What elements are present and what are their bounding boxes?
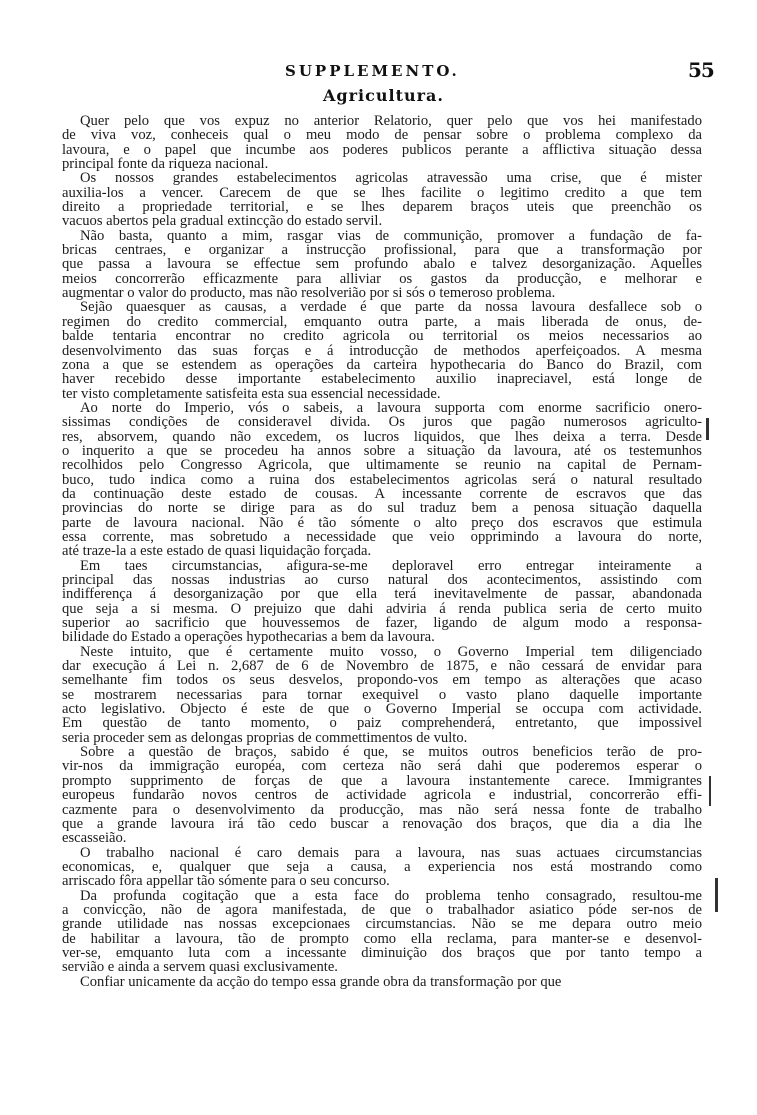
paragraph: Quer pelo que vos expuz no anterior Rela…: [62, 114, 702, 171]
text-line: balde tentaria encontrar no credito agri…: [62, 329, 702, 343]
text-line: grande utilidade nas nossas excepcionaes…: [62, 917, 702, 931]
text-line: essa corrente, mas sobretudo a necessida…: [62, 530, 702, 544]
text-line: ver-se, emquanto luta com a incessante d…: [62, 946, 702, 960]
paragraph: Da profunda cogitação que a esta face do…: [62, 889, 702, 975]
text-line: que a grande lavoura irá tão cedo buscar…: [62, 817, 702, 831]
text-line: haver recebido desse importante estabele…: [62, 372, 702, 386]
section-title: Agricultura.: [0, 86, 757, 105]
text-line: Da profunda cogitação que a esta face do…: [62, 889, 702, 903]
text-line: servião e ainda a servem quasi exclusiva…: [62, 960, 702, 974]
text-line: até traze-la a este estado de quasi liqu…: [62, 544, 702, 558]
text-line: vacuos abertos pela gradual extincção do…: [62, 214, 702, 228]
text-line: de viva voz, conheceis qual o meu modo d…: [62, 128, 702, 142]
text-line: ter visto completamente satisfeita esta …: [62, 387, 702, 401]
text-line: de habilitar a lavoura, tão de prompto c…: [62, 932, 702, 946]
text-line: parte de lavoura nacional. Não é tão sóm…: [62, 516, 702, 530]
text-line: escasseião.: [62, 831, 702, 845]
text-line: desenvolvimento das suas forças e á intr…: [62, 344, 702, 358]
text-line: economicas, e, qualquer que seja a causa…: [62, 860, 702, 874]
paragraph: Ao norte do Imperio, vós o sabeis, a lav…: [62, 401, 702, 559]
text-line: principal fonte da riqueza nacional.: [62, 157, 702, 171]
text-line: sissimas condições de consideravel divid…: [62, 415, 702, 429]
margin-mark: [709, 776, 711, 806]
paragraph: Neste intuito, que é certamente muito vo…: [62, 645, 702, 745]
paragraph: Sobre a questão de braços, sabido é que,…: [62, 745, 702, 845]
text-line: semelhante fim todos os seus desvelos, p…: [62, 673, 702, 687]
text-line: Neste intuito, que é certamente muito vo…: [62, 645, 702, 659]
paragraph: Confiar unicamente da acção do tempo ess…: [62, 975, 702, 989]
page-number: 55: [688, 58, 714, 82]
margin-mark: [706, 418, 709, 440]
text-line: Quer pelo que vos expuz no anterior Rela…: [62, 114, 702, 128]
text-line: zona a que se estendem as operações da c…: [62, 358, 702, 372]
text-line: acto legislativo. Objecto é este de que …: [62, 702, 702, 716]
text-line: Os nossos grandes estabelecimentos agric…: [62, 171, 702, 185]
text-line: bricas centraes, e organizar a instrucçã…: [62, 243, 702, 257]
text-line: Em questão de tanto momento, o paiz comp…: [62, 716, 702, 730]
paragraph: Os nossos grandes estabelecimentos agric…: [62, 171, 702, 228]
margin-mark: [715, 878, 718, 912]
body-text: Quer pelo que vos expuz no anterior Rela…: [62, 114, 702, 989]
text-line: augmentar o valor do producto, mas não r…: [62, 286, 702, 300]
text-line: se mostrarem necessarias para tornar exe…: [62, 688, 702, 702]
text-line: indifferença á desorganização por que el…: [62, 587, 702, 601]
text-line: lavoura, e o papel que incumbe aos poder…: [62, 143, 702, 157]
running-title: SUPPLEMENTO.: [285, 62, 460, 80]
text-line: Sejão quaesquer as causas, a verdade é q…: [62, 300, 702, 314]
text-line: res, absorvem, quando não excedem, os lu…: [62, 430, 702, 444]
text-line: direito a propriedade territorial, e se …: [62, 200, 702, 214]
text-line: europeus fundarão novos centros de activ…: [62, 788, 702, 802]
text-line: o inquerito a que se procedeu ha annos s…: [62, 444, 702, 458]
text-line: prompto supprimento de forças de que a l…: [62, 774, 702, 788]
document-page: SUPPLEMENTO. 55 Agricultura. Quer pelo q…: [0, 0, 757, 1115]
text-line: vir-nos da immigração européa, com certe…: [62, 759, 702, 773]
text-line: Sobre a questão de braços, sabido é que,…: [62, 745, 702, 759]
text-line: que seja a si mesma. O prejuizo que dahi…: [62, 602, 702, 616]
text-line: meios concorrerão efficazmente para alli…: [62, 272, 702, 286]
text-line: Ao norte do Imperio, vós o sabeis, a lav…: [62, 401, 702, 415]
text-line: O trabalho nacional é caro demais para a…: [62, 846, 702, 860]
text-line: recolhidos pelo Congresso Agricola, que …: [62, 458, 702, 472]
text-line: seria proceder sem as delongas proprias …: [62, 731, 702, 745]
text-line: principal das nossas industrias ao curso…: [62, 573, 702, 587]
text-line: bilidade do Estado a operações hypotheca…: [62, 630, 702, 644]
text-line: superior ao sacrificio que houvessemos d…: [62, 616, 702, 630]
text-line: Não basta, quanto a mim, rasgar vias de …: [62, 229, 702, 243]
text-line: Em taes circumstancias, afigura-se-me de…: [62, 559, 702, 573]
paragraph: O trabalho nacional é caro demais para a…: [62, 846, 702, 889]
text-line: da continuação deste estado de cousas. A…: [62, 487, 702, 501]
paragraph: Sejão quaesquer as causas, a verdade é q…: [62, 300, 702, 400]
text-line: dar execução á Lei n. 2,687 de 6 de Nove…: [62, 659, 702, 673]
text-line: cazmente para o desenvolvimento da produ…: [62, 803, 702, 817]
text-line: a convicção, não de agora manifestada, d…: [62, 903, 702, 917]
text-line: que passa a lavoura se effectue sem prof…: [62, 257, 702, 271]
text-line: Confiar unicamente da acção do tempo ess…: [62, 975, 702, 989]
text-line: arriscado fôra appellar tão sómente para…: [62, 874, 702, 888]
text-line: provincias do norte se dirige para as do…: [62, 501, 702, 515]
paragraph: Em taes circumstancias, afigura-se-me de…: [62, 559, 702, 645]
paragraph: Não basta, quanto a mim, rasgar vias de …: [62, 229, 702, 301]
text-line: auxilia-los a vencer. Carecem de que se …: [62, 186, 702, 200]
text-line: regimen do credito commercial, emquanto …: [62, 315, 702, 329]
text-line: buco, tudo indica como a ruina dos estab…: [62, 473, 702, 487]
